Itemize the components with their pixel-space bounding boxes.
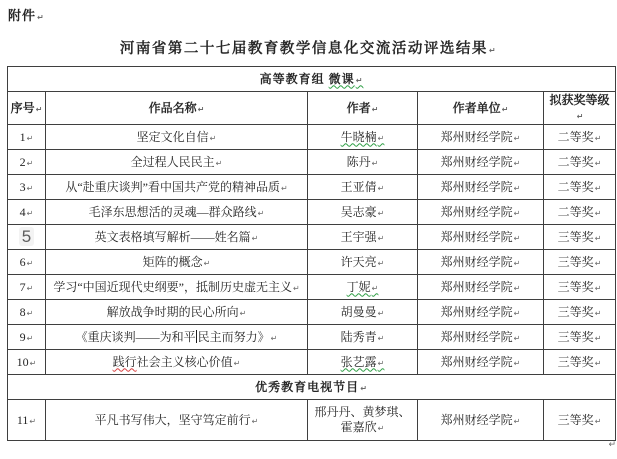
table-row: 2全过程人民民主陈丹郑州财经学院二等奖 [8,150,616,175]
author-name: 丁妮 [347,280,379,294]
table-row: 1坚定文化自信牛晓楠郑州财经学院二等奖 [8,125,616,150]
table-row: 8解放战争时期的民心所向胡曼曼郑州财经学院三等奖 [8,300,616,325]
header-award-level: 拟获奖等级 [544,92,616,125]
work-title-cell: 英文表格填写解析——姓名篇 [46,225,308,250]
row-number: 2 [20,155,34,169]
author-unit: 郑州财经学院 [441,305,521,319]
section-header-row: 高等教育组 微课 [8,67,616,92]
row-number: 11 [17,413,36,427]
author-name: 陈丹 [347,155,379,169]
work-title: 坚定文化自信 [137,130,217,144]
work-title: 英文表格填写解析——姓名篇 [95,230,259,244]
row-number-cell: 5 [8,225,46,250]
author-cell: 牛晓楠 [308,125,418,150]
award-cell: 三等奖 [544,350,616,375]
author-name: 吴志豪 [341,205,385,219]
section-header-cell: 优秀教育电视节目 [8,375,616,400]
work-title-spellcheck: 践行 [113,355,137,369]
author-unit: 郑州财经学院 [441,355,521,369]
award-cell: 三等奖 [544,400,616,441]
author-cell: 陆秀青 [308,325,418,350]
unit-cell: 郑州财经学院 [418,325,544,350]
row-number-cell: 1 [8,125,46,150]
header-work-title: 作品名称 [46,92,308,125]
row-number-cell: 10 [8,350,46,375]
document-page: 附件 河南省第二十七届教育教学信息化交流活动评选结果 高等教育组 微课 序号 作… [0,0,617,459]
text-cursor [196,330,197,343]
unit-cell: 郑州财经学院 [418,300,544,325]
author-name: 王亚倩 [341,180,385,194]
award-cell: 二等奖 [544,175,616,200]
row-number: 4 [20,205,34,219]
row-number: 9 [20,330,34,344]
row-number-cell: 3 [8,175,46,200]
award-level: 二等奖 [558,180,602,194]
award-level: 三等奖 [558,355,602,369]
row-number: 8 [20,305,34,319]
header-author: 作者 [308,92,418,125]
award-cell: 三等奖 [544,300,616,325]
award-level: 二等奖 [558,155,602,169]
row-number-cell: 9 [8,325,46,350]
row-number-cell: 7 [8,275,46,300]
row-number-cell: 2 [8,150,46,175]
award-cell: 三等奖 [544,225,616,250]
author-name: 张艺露 [341,355,385,369]
attachment-label: 附件 [8,5,45,24]
table-row: 4毛泽东思想活的灵魂—群众路线吴志豪郑州财经学院二等奖 [8,200,616,225]
author-unit: 郑州财经学院 [441,413,521,427]
row-number-cell: 8 [8,300,46,325]
work-title: 解放战争时期的民心所向 [107,305,247,319]
unit-cell: 郑州财经学院 [418,125,544,150]
work-title: 从“赴重庆谈判”看中国共产党的精神品质 [65,180,287,194]
header-no: 序号 [8,92,46,125]
page-title: 河南省第二十七届教育教学信息化交流活动评选结果 [0,37,617,58]
work-title-cell: 矩阵的概念 [46,250,308,275]
section2-label: 优秀教育电视节目 [255,380,368,394]
author-name: 许天亮 [341,255,385,269]
column-header-row: 序号 作品名称 作者 作者单位 拟获奖等级 [8,92,616,125]
work-title-before-cursor: 《重庆谈判——为和平 [76,330,196,344]
table-row: 3从“赴重庆谈判”看中国共产党的精神品质王亚倩郑州财经学院二等奖 [8,175,616,200]
table-row: 11平凡书写伟大，坚守笃定前行邢丹丹、黄梦琪、霍嘉欣郑州财经学院三等奖 [8,400,616,441]
award-level: 三等奖 [558,305,602,319]
work-title: 学习“中国近现代史纲要”，抵制历史虚无主义 [53,280,299,294]
unit-cell: 郑州财经学院 [418,250,544,275]
award-level: 三等奖 [558,280,602,294]
page-title-text: 河南省第二十七届教育教学信息化交流活动评选结果 [120,41,497,57]
award-level: 三等奖 [558,230,602,244]
author-cell: 陈丹 [308,150,418,175]
table-row: 6矩阵的概念许天亮郑州财经学院三等奖 [8,250,616,275]
award-cell: 三等奖 [544,325,616,350]
unit-cell: 郑州财经学院 [418,275,544,300]
award-cell: 二等奖 [544,150,616,175]
author-cell: 许天亮 [308,250,418,275]
author-cell: 王亚倩 [308,175,418,200]
author-name: 牛晓楠 [341,130,385,144]
author-cell: 吴志豪 [308,200,418,225]
unit-cell: 郑州财经学院 [418,175,544,200]
work-title-cell: 毛泽东思想活的灵魂—群众路线 [46,200,308,225]
table-row: 7学习“中国近现代史纲要”，抵制历史虚无主义丁妮郑州财经学院三等奖 [8,275,616,300]
work-title: 毛泽东思想活的灵魂—群众路线 [89,205,265,219]
row-number: 7 [20,280,34,294]
row-number: 5 [19,227,34,246]
author-unit: 郑州财经学院 [441,230,521,244]
award-level: 三等奖 [558,413,602,427]
section1-highlight-label: 微课 [329,72,364,86]
results-table: 高等教育组 微课 序号 作品名称 作者 作者单位 拟获奖等级 1坚定文化自信牛晓… [7,66,616,441]
table-row: 10践行社会主义核心价值张艺露郑州财经学院三等奖 [8,350,616,375]
work-title-cell: 解放战争时期的民心所向 [46,300,308,325]
award-level: 三等奖 [558,330,602,344]
author-name: 邢丹丹、黄梦琪、霍嘉欣 [314,405,410,434]
row-number: 10 [17,355,37,369]
row-number-cell: 11 [8,400,46,441]
row-number-cell: 6 [8,250,46,275]
award-cell: 二等奖 [544,200,616,225]
award-level: 三等奖 [558,255,602,269]
author-cell: 王宇强 [308,225,418,250]
award-level: 二等奖 [558,130,602,144]
section1-label: 高等教育组 [260,72,325,86]
author-unit: 郑州财经学院 [441,280,521,294]
unit-cell: 郑州财经学院 [418,350,544,375]
award-cell: 三等奖 [544,250,616,275]
work-title: 矩阵的概念 [143,255,211,269]
author-cell: 张艺露 [308,350,418,375]
author-unit: 郑州财经学院 [441,255,521,269]
section-tv-program: 优秀教育电视节目 11平凡书写伟大，坚守笃定前行邢丹丹、黄梦琪、霍嘉欣郑州财经学… [8,375,616,441]
end-of-document-mark [608,434,616,452]
section-header-cell: 高等教育组 微课 [8,67,616,92]
author-unit: 郑州财经学院 [441,330,521,344]
section-header-row: 优秀教育电视节目 [8,375,616,400]
work-title-cell: 《重庆谈判——为和平民主而努力》 [46,325,308,350]
unit-cell: 郑州财经学院 [418,200,544,225]
unit-cell: 郑州财经学院 [418,150,544,175]
row-number: 6 [20,255,34,269]
work-title-cell: 从“赴重庆谈判”看中国共产党的精神品质 [46,175,308,200]
unit-cell: 郑州财经学院 [418,225,544,250]
award-cell: 二等奖 [544,125,616,150]
award-level: 二等奖 [558,205,602,219]
work-title: 平凡书写伟大，坚守笃定前行 [95,413,259,427]
row-number: 3 [20,180,34,194]
author-name: 胡曼曼 [341,305,385,319]
author-unit: 郑州财经学院 [441,180,521,194]
work-title-after-cursor: 民主而努力》 [198,330,278,344]
header-author-unit: 作者单位 [418,92,544,125]
author-name: 王宇强 [341,230,385,244]
author-unit: 郑州财经学院 [441,130,521,144]
work-title: 社会主义核心价值 [137,355,241,369]
author-cell: 胡曼曼 [308,300,418,325]
work-title-cell: 坚定文化自信 [46,125,308,150]
work-title: 全过程人民民主 [131,155,223,169]
author-name: 陆秀青 [341,330,385,344]
table-row: 9《重庆谈判——为和平民主而努力》陆秀青郑州财经学院三等奖 [8,325,616,350]
author-unit: 郑州财经学院 [441,155,521,169]
section-higher-education: 高等教育组 微课 序号 作品名称 作者 作者单位 拟获奖等级 1坚定文化自信牛晓… [8,67,616,375]
work-title-cell: 践行社会主义核心价值 [46,350,308,375]
work-title-cell: 学习“中国近现代史纲要”，抵制历史虚无主义 [46,275,308,300]
work-title-cell: 全过程人民民主 [46,150,308,175]
table-row: 5英文表格填写解析——姓名篇王宇强郑州财经学院三等奖 [8,225,616,250]
work-title-cell: 平凡书写伟大，坚守笃定前行 [46,400,308,441]
author-unit: 郑州财经学院 [441,205,521,219]
row-number: 1 [20,130,34,144]
award-cell: 三等奖 [544,275,616,300]
row-number-cell: 4 [8,200,46,225]
author-cell: 邢丹丹、黄梦琪、霍嘉欣 [308,400,418,441]
unit-cell: 郑州财经学院 [418,400,544,441]
author-cell: 丁妮 [308,275,418,300]
